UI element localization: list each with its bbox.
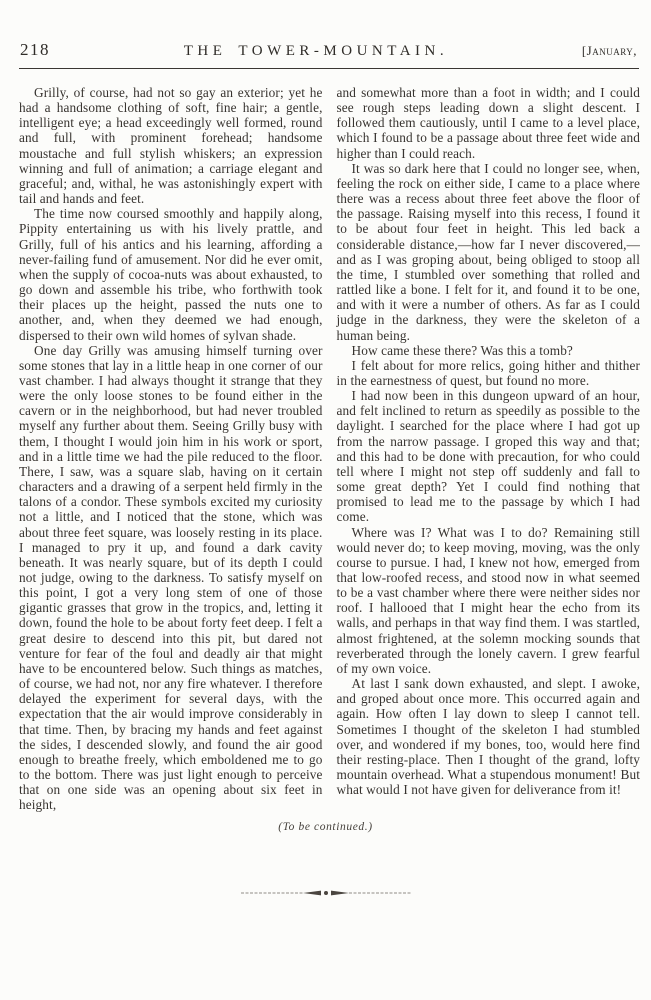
divider-ornament	[0, 887, 651, 899]
magazine-page: 218 THE TOWER-MOUNTAIN. [January, Grilly…	[0, 0, 651, 1000]
paragraph: It was so dark here that I could no long…	[337, 161, 641, 343]
issue-label: [January,	[582, 43, 637, 59]
paragraph: At last I sank down exhausted, and slept…	[337, 676, 641, 797]
left-column: Grilly, of course, had not so gay an ext…	[19, 85, 323, 813]
paragraph: Where was I? What was I to do? Remaining…	[337, 525, 641, 677]
paragraph: Grilly, of course, had not so gay an ext…	[19, 85, 323, 206]
page-header: 218 THE TOWER-MOUNTAIN. [January,	[0, 0, 651, 60]
page-number: 218	[20, 40, 50, 60]
paragraph: I felt about for more relics, going hith…	[337, 358, 641, 388]
text-body: Grilly, of course, had not so gay an ext…	[0, 69, 651, 813]
continuation-note: (To be continued.)	[0, 821, 651, 833]
paragraph: I had now been in this dungeon upward of…	[337, 388, 641, 524]
page-title: THE TOWER-MOUNTAIN.	[50, 43, 582, 60]
paragraph: How came these there? Was this a tomb?	[337, 343, 641, 358]
paragraph: The time now coursed smoothly and happil…	[19, 206, 323, 342]
paragraph: One day Grilly was amusing himself turni…	[19, 343, 323, 813]
paragraph: and somewhat more than a foot in width; …	[337, 85, 641, 161]
right-column: and somewhat more than a foot in width; …	[337, 85, 641, 813]
